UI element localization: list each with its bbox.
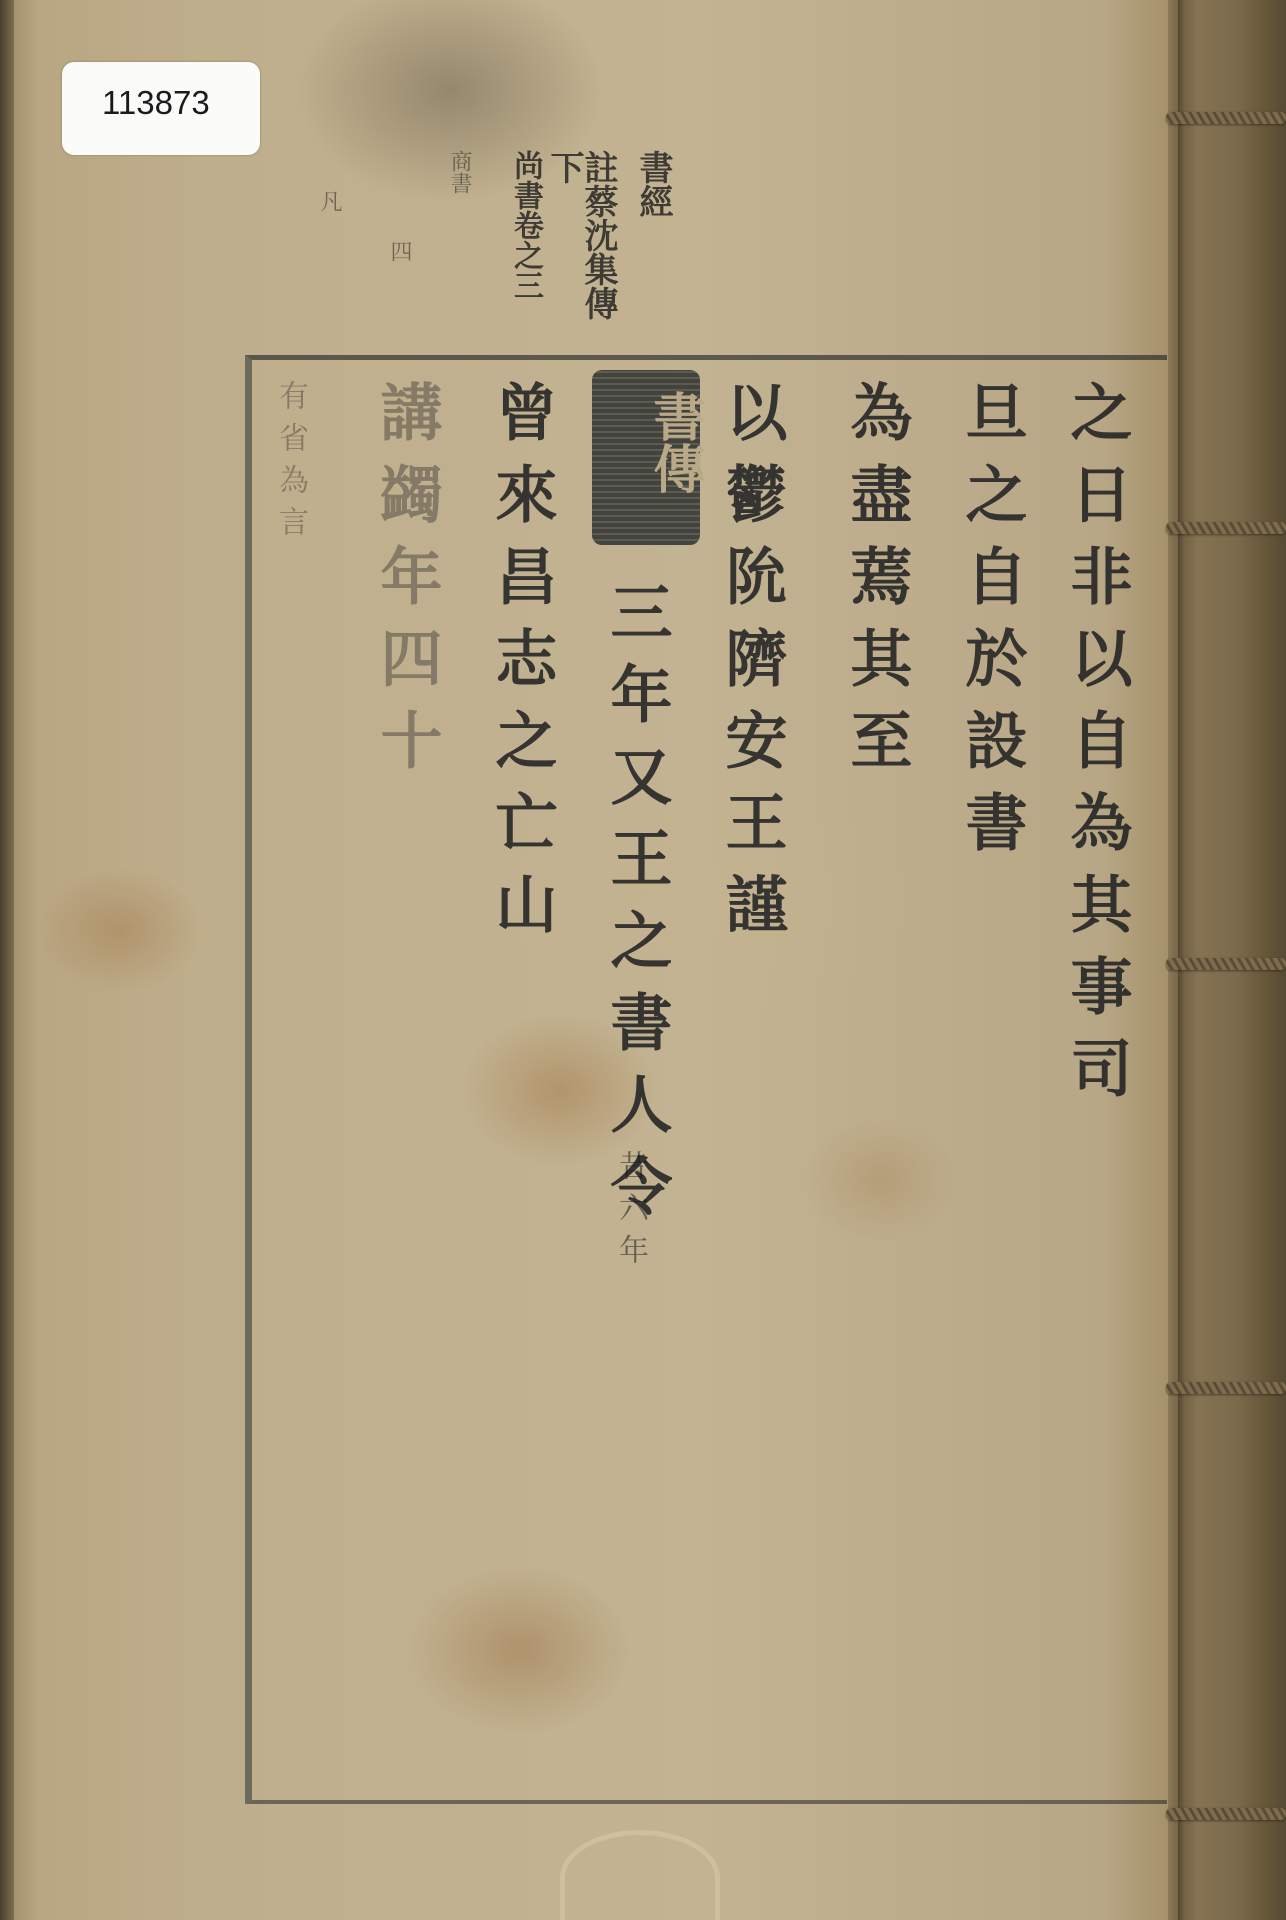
- header-column: 註蔡沈集傳下: [547, 150, 615, 345]
- binding-string: [1166, 958, 1286, 970]
- annotation-column: 昔六年: [615, 1150, 645, 1276]
- binding-string: [1166, 112, 1286, 124]
- catalog-label: 113873: [62, 62, 260, 155]
- annotation-column: 有省為言: [275, 380, 305, 548]
- header-column: 尚書卷之三: [510, 150, 540, 300]
- binding-string: [1166, 522, 1286, 534]
- binding-string: [1166, 1382, 1286, 1394]
- text-column: 旦之自於設書: [960, 380, 1022, 872]
- book-page: 113873 書經 註蔡沈集傳下 尚書卷之三 商書 四 凡 書傳 之日非以自為其…: [0, 0, 1286, 1920]
- text-column: 為盡蔫其至: [845, 380, 907, 790]
- catalog-number: 113873: [102, 84, 210, 122]
- page-left-edge: [0, 0, 14, 1920]
- header-column: 四: [388, 240, 410, 262]
- text-column: 講蠲年四十: [375, 380, 437, 790]
- binding-string: [1166, 1808, 1286, 1820]
- header-column: 商書: [448, 150, 470, 194]
- header-column: 凡: [318, 190, 340, 212]
- text-column: 三年又王之書人令: [605, 580, 667, 1236]
- header-block: 書經 註蔡沈集傳下 尚書卷之三 商書 四 凡: [210, 150, 670, 345]
- text-column: 曾來昌志之亡山: [490, 380, 552, 954]
- text-column: 之日非以自為其事司: [1065, 380, 1127, 1118]
- black-seal-heading: 書傳: [592, 370, 700, 545]
- header-column: 書經: [636, 150, 670, 218]
- bottom-tie-string: [560, 1830, 720, 1920]
- text-column: 以鬱阭隮安王謹: [720, 380, 782, 954]
- seal-text: 書傳: [592, 390, 700, 494]
